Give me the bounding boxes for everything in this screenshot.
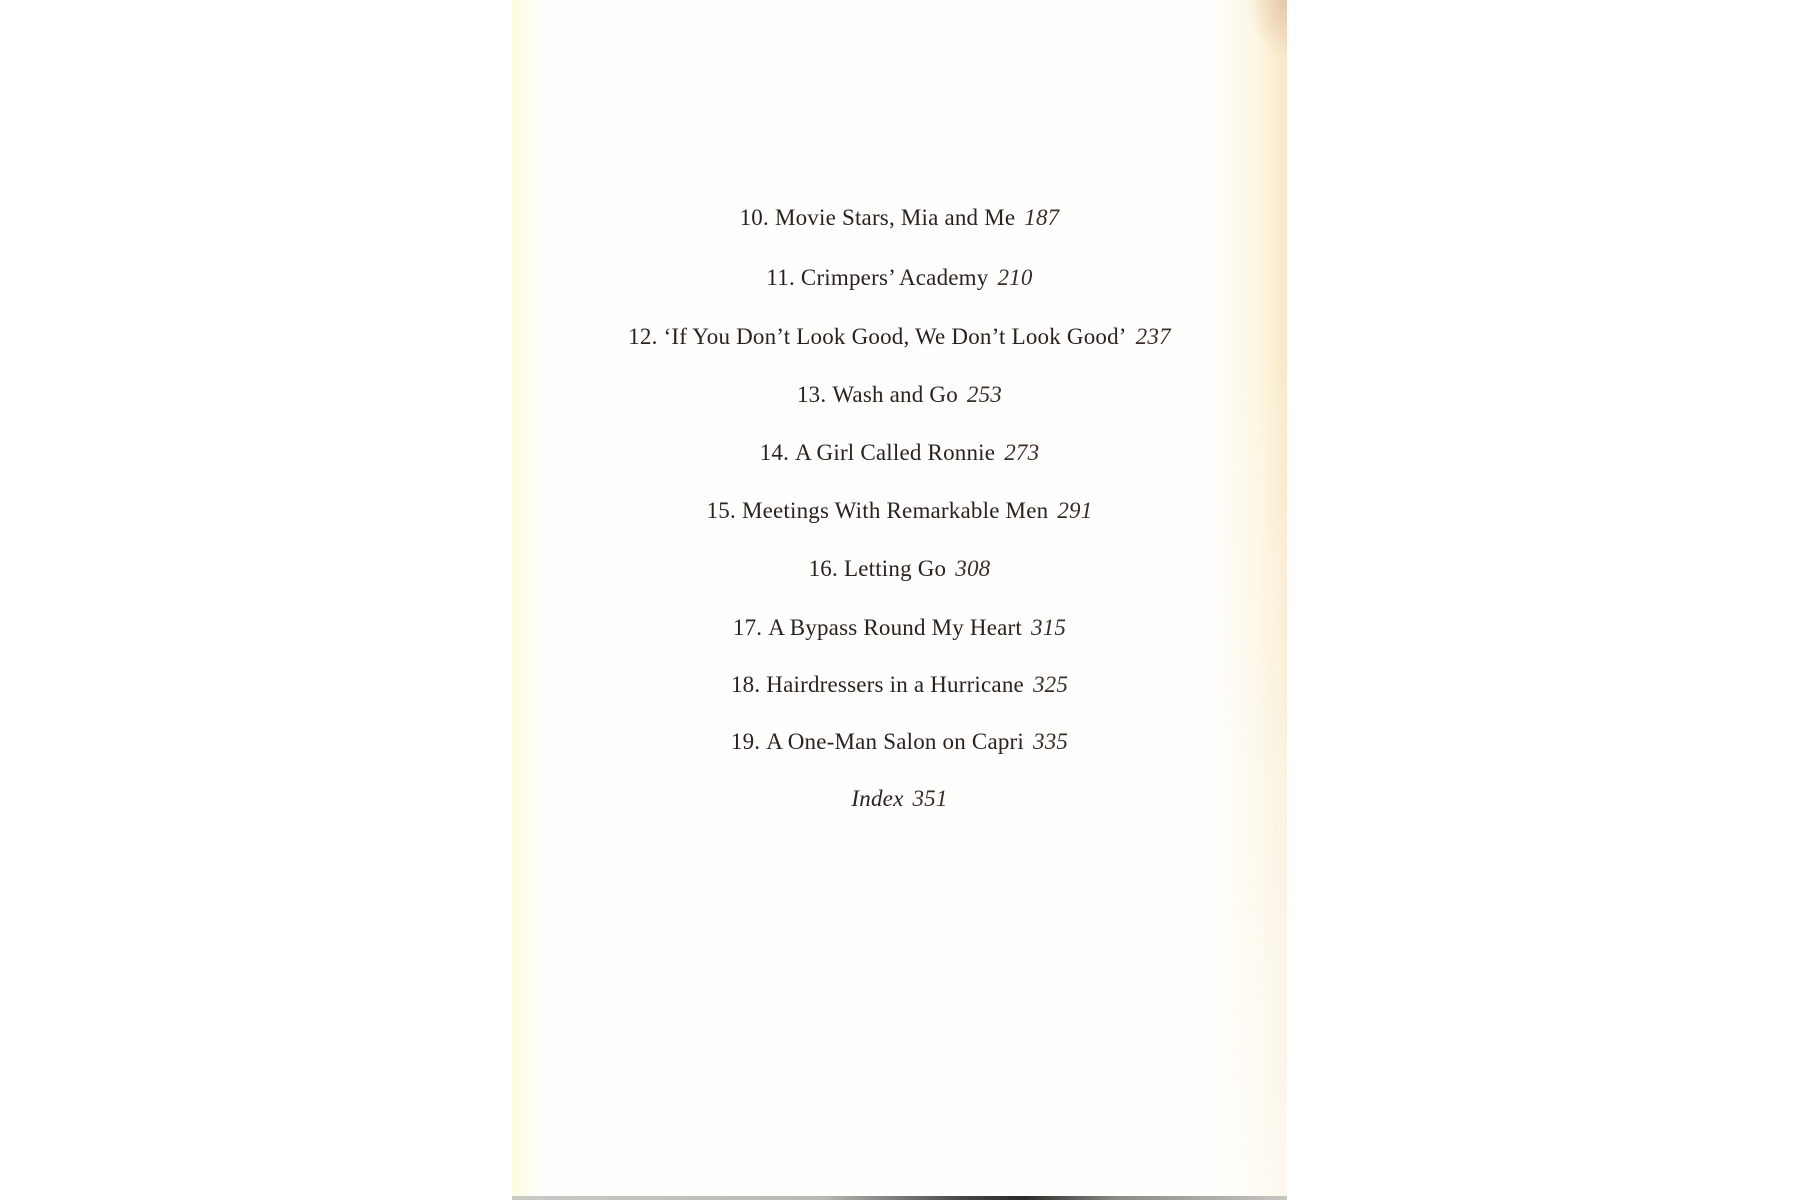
chapter-number: 17. bbox=[733, 615, 762, 640]
toc-entry: 12.‘If You Don’t Look Good, We Don’t Loo… bbox=[512, 322, 1287, 352]
chapter-page-number: 308 bbox=[955, 556, 990, 581]
chapter-number: 12. bbox=[628, 324, 657, 349]
page-bottom-edge bbox=[512, 1196, 1287, 1200]
chapter-page-number: 273 bbox=[1004, 440, 1039, 465]
chapter-number: 19. bbox=[731, 729, 760, 754]
toc-entry: 15.Meetings With Remarkable Men291 bbox=[512, 496, 1287, 526]
chapter-number: 15. bbox=[707, 498, 736, 523]
toc-entry: 17.A Bypass Round My Heart315 bbox=[512, 613, 1287, 643]
index-page-number: 351 bbox=[912, 786, 947, 811]
chapter-page-number: 237 bbox=[1136, 324, 1171, 349]
chapter-title: Meetings With Remarkable Men bbox=[742, 498, 1048, 523]
chapter-page-number: 325 bbox=[1033, 672, 1068, 697]
toc-entry: 18.Hairdressers in a Hurricane325 bbox=[512, 670, 1287, 700]
chapter-title: Crimpers’ Academy bbox=[801, 265, 989, 290]
chapter-title: A Bypass Round My Heart bbox=[768, 615, 1022, 640]
chapter-number: 18. bbox=[731, 672, 760, 697]
book-page: 10.Movie Stars, Mia and Me187 11.Crimper… bbox=[512, 0, 1287, 1197]
chapter-title: A Girl Called Ronnie bbox=[795, 440, 995, 465]
chapter-page-number: 315 bbox=[1031, 615, 1066, 640]
chapter-page-number: 187 bbox=[1024, 205, 1059, 230]
toc-entry: 11.Crimpers’ Academy210 bbox=[512, 263, 1287, 293]
toc-entry: 10.Movie Stars, Mia and Me187 bbox=[512, 203, 1287, 233]
chapter-number: 11. bbox=[766, 265, 795, 290]
chapter-page-number: 210 bbox=[997, 265, 1032, 290]
toc-entry-index: Index351 bbox=[512, 784, 1287, 814]
toc-entry: 13.Wash and Go253 bbox=[512, 380, 1287, 410]
chapter-title: Hairdressers in a Hurricane bbox=[766, 672, 1024, 697]
table-of-contents: 10.Movie Stars, Mia and Me187 11.Crimper… bbox=[512, 0, 1287, 1197]
toc-entry: 16.Letting Go308 bbox=[512, 554, 1287, 584]
chapter-title: ‘If You Don’t Look Good, We Don’t Look G… bbox=[664, 324, 1127, 349]
chapter-page-number: 335 bbox=[1033, 729, 1068, 754]
chapter-page-number: 253 bbox=[967, 382, 1002, 407]
index-title: Index bbox=[851, 786, 903, 811]
chapter-page-number: 291 bbox=[1057, 498, 1092, 523]
chapter-title: Letting Go bbox=[844, 556, 946, 581]
chapter-title: Wash and Go bbox=[832, 382, 958, 407]
chapter-number: 10. bbox=[740, 205, 769, 230]
toc-entry: 14.A Girl Called Ronnie273 bbox=[512, 438, 1287, 468]
chapter-number: 13. bbox=[797, 382, 826, 407]
chapter-title: A One-Man Salon on Capri bbox=[766, 729, 1024, 754]
toc-entry: 19.A One-Man Salon on Capri335 bbox=[512, 727, 1287, 757]
chapter-number: 16. bbox=[809, 556, 838, 581]
chapter-title: Movie Stars, Mia and Me bbox=[775, 205, 1015, 230]
chapter-number: 14. bbox=[760, 440, 789, 465]
